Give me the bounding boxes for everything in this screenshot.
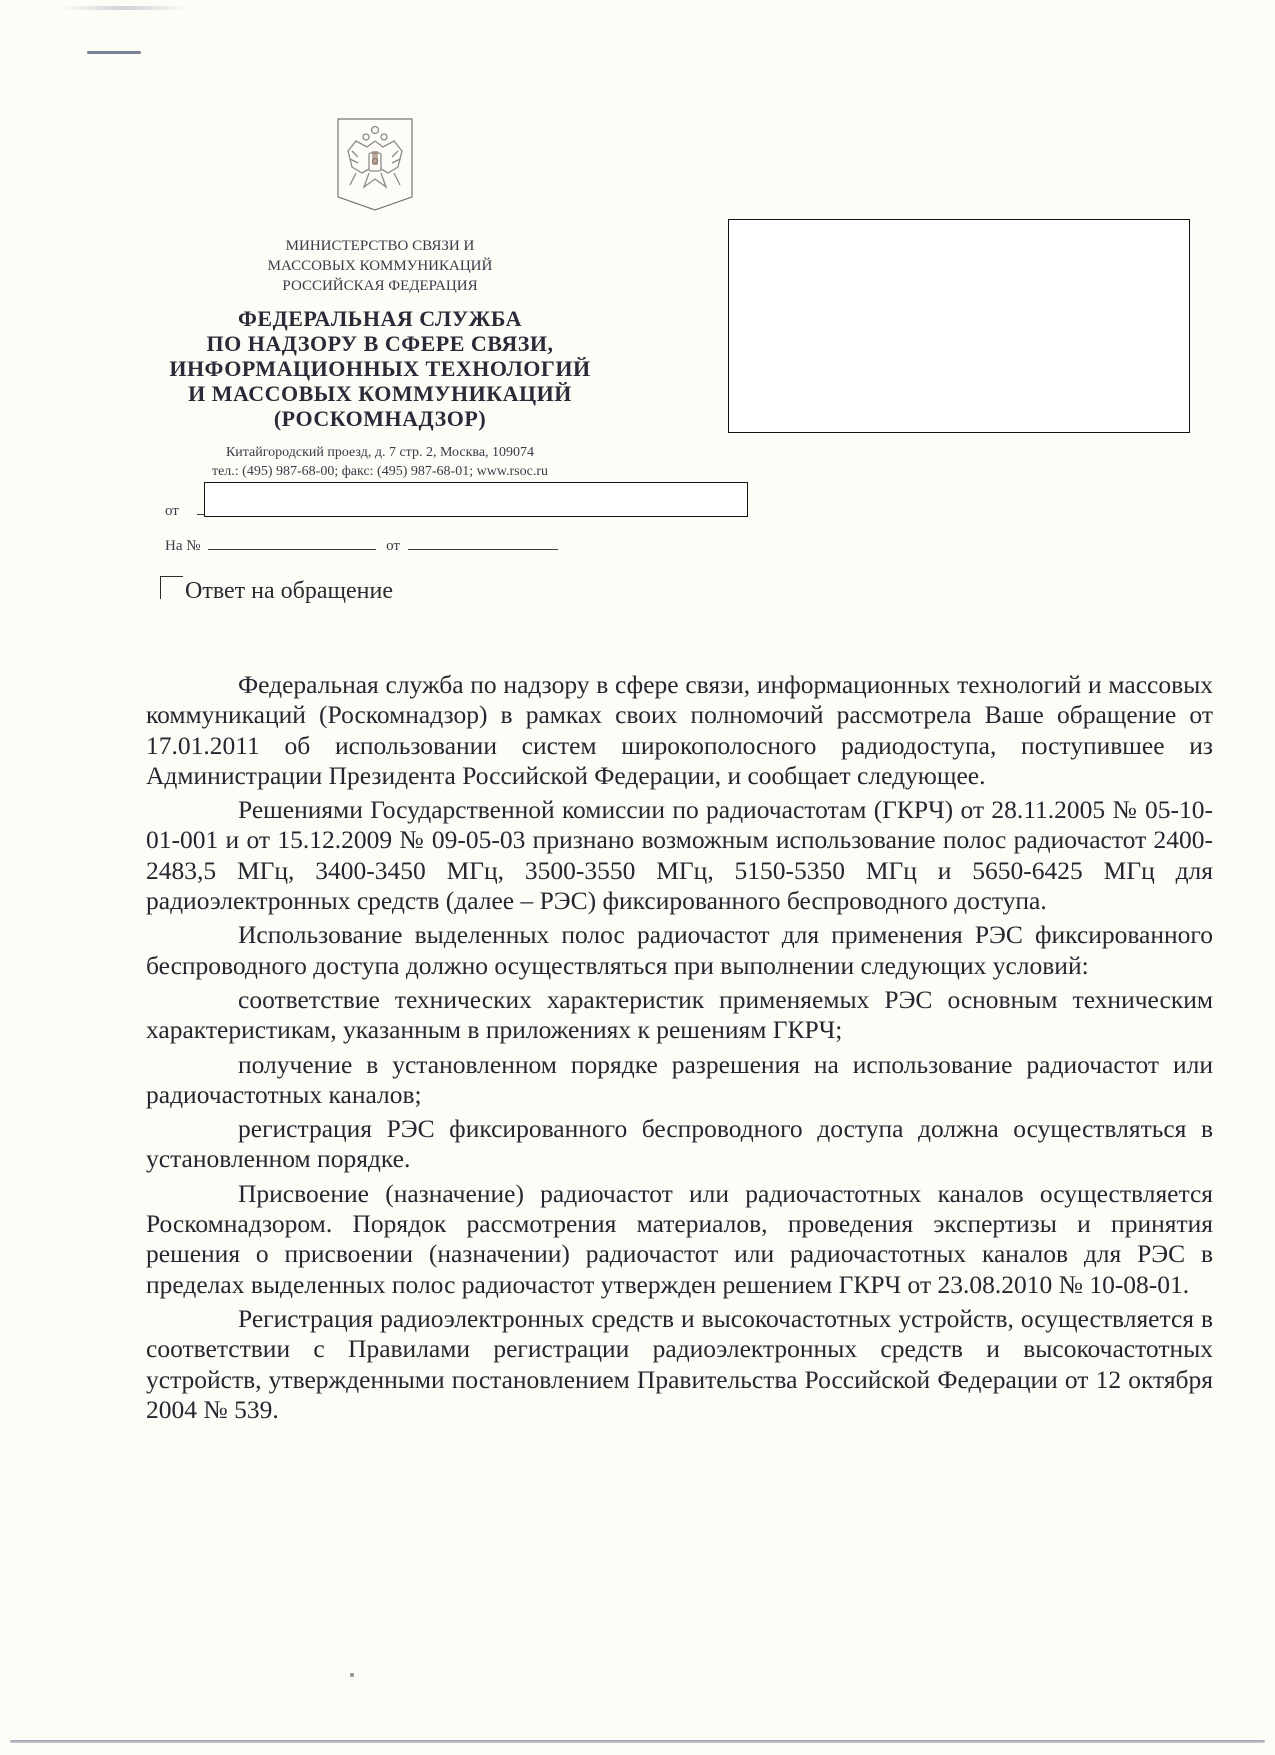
ref-number-label: На № <box>165 538 201 554</box>
agency-line: ФЕДЕРАЛЬНАЯ СЛУЖБА <box>130 306 630 331</box>
body-list-item: соответствие технических характеристик п… <box>146 985 1213 1046</box>
agency-line: И МАССОВЫХ КОММУНИКАЦИЙ <box>130 381 630 406</box>
agency-address: Китайгородский проезд, д. 7 стр. 2, Моск… <box>150 443 610 481</box>
body-paragraph: Использование выделенных полос радиочаст… <box>146 920 1213 981</box>
body-list-item: получение в установленном порядке разреш… <box>146 1050 1213 1111</box>
body-list-item: регистрация РЭС фиксированного беспровод… <box>146 1114 1213 1175</box>
corner-mark <box>87 51 141 54</box>
letter-subject: Ответ на обращение <box>185 578 393 605</box>
reference-field: На № от <box>165 535 558 555</box>
ministry-header: МИНИСТЕРСТВО СВЯЗИ И МАССОВЫХ КОММУНИКАЦ… <box>180 236 580 296</box>
letter-body: Федеральная служба по надзору в сфере св… <box>146 670 1213 1425</box>
redaction-box-sender <box>204 482 748 517</box>
subject-corner-mark <box>160 576 183 599</box>
ref-date-label: от <box>386 538 400 554</box>
address-line: Китайгородский проезд, д. 7 стр. 2, Моск… <box>150 443 610 462</box>
agency-title: ФЕДЕРАЛЬНАЯ СЛУЖБА ПО НАДЗОРУ В СФЕРЕ СВ… <box>130 306 630 431</box>
page-edge <box>10 1740 1265 1743</box>
body-paragraph: Присвоение (назначение) радиочастот или … <box>146 1179 1213 1300</box>
agency-line: ПО НАДЗОРУ В СФЕРЕ СВЯЗИ, <box>130 331 630 356</box>
ministry-line: МИНИСТЕРСТВО СВЯЗИ И <box>180 236 580 256</box>
scan-smudge <box>60 6 190 10</box>
agency-line: ИНФОРМАЦИОННЫХ ТЕХНОЛОГИЙ <box>130 356 630 381</box>
from-label: от <box>165 503 179 519</box>
coat-of-arms-icon <box>336 117 414 212</box>
body-paragraph: Решениями Государственной комиссии по ра… <box>146 795 1213 916</box>
ref-date-line <box>408 535 558 550</box>
agency-line: (РОСКОМНАДЗОР) <box>130 406 630 431</box>
body-paragraph: Федеральная служба по надзору в сфере св… <box>146 670 1213 791</box>
ref-number-line <box>208 535 376 550</box>
ministry-line: РОССИЙСКАЯ ФЕДЕРАЦИЯ <box>180 276 580 296</box>
ministry-line: МАССОВЫХ КОММУНИКАЦИЙ <box>180 256 580 276</box>
body-paragraph: Регистрация радиоэлектронных средств и в… <box>146 1304 1213 1425</box>
redaction-box-recipient <box>728 219 1190 433</box>
scan-speck <box>350 1673 354 1677</box>
contacts-line: тел.: (495) 987-68-00; факс: (495) 987-6… <box>150 462 610 481</box>
